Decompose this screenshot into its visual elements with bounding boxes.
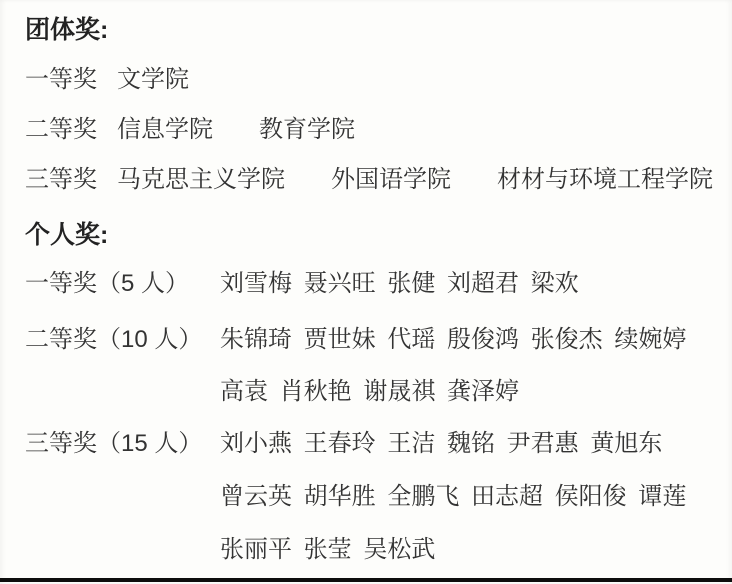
group-first-prize-row: 一等奖文学院 bbox=[25, 68, 732, 92]
individual-third-prize-row: 三等奖（15 人） 刘小燕 王春玲 王洁 魏铭 尹君惠 黄旭东 曾云英 胡华胜 … bbox=[25, 432, 732, 562]
winner-names-line: 曾云英 胡华胜 全鹏飞 田志超 侯阳俊 谭莲 bbox=[220, 485, 732, 509]
prize-tier-label: 二等奖 bbox=[25, 116, 97, 143]
prize-tier-label: 一等奖 bbox=[25, 66, 97, 93]
college-name: 文学院 bbox=[117, 66, 189, 93]
college-name: 信息学院 bbox=[117, 116, 213, 143]
individual-second-prize-row: 二等奖（10 人） 朱锦琦 贾世妹 代瑶 殷俊鸿 张俊杰 续婉婷 高袁 肖秋艳 … bbox=[25, 328, 732, 404]
winner-names-line: 刘小燕 王春玲 王洁 魏铭 尹君惠 黄旭东 bbox=[220, 432, 732, 456]
individual-awards-heading: 个人奖: bbox=[25, 223, 732, 247]
winner-names: 刘雪梅 聂兴旺 张健 刘超君 梁欢 bbox=[220, 272, 732, 296]
winner-names-line: 朱锦琦 贾世妹 代瑶 殷俊鸿 张俊杰 续婉婷 bbox=[220, 328, 732, 352]
winner-names: 朱锦琦 贾世妹 代瑶 殷俊鸿 张俊杰 续婉婷 高袁 肖秋艳 谢晟祺 龚泽婷 bbox=[220, 328, 732, 404]
college-name: 马克思主义学院 bbox=[117, 166, 285, 193]
winner-names: 刘小燕 王春玲 王洁 魏铭 尹君惠 黄旭东 曾云英 胡华胜 全鹏飞 田志超 侯阳… bbox=[220, 432, 732, 562]
winner-names-line: 刘雪梅 聂兴旺 张健 刘超君 梁欢 bbox=[220, 272, 732, 296]
group-second-prize-row: 二等奖信息学院教育学院 bbox=[25, 118, 732, 142]
college-name: 外国语学院 bbox=[331, 166, 451, 193]
winner-names-line: 张丽平 张莹 吴松武 bbox=[220, 538, 732, 562]
awards-document: 团体奖: 一等奖文学院 二等奖信息学院教育学院 三等奖马克思主义学院外国语学院材… bbox=[0, 0, 732, 584]
prize-tier-label: 一等奖（5 人） bbox=[25, 272, 220, 296]
prize-tier-label: 三等奖 bbox=[25, 166, 97, 193]
group-awards-heading: 团体奖: bbox=[25, 18, 732, 42]
prize-tier-label: 二等奖（10 人） bbox=[25, 328, 220, 352]
group-third-prize-row: 三等奖马克思主义学院外国语学院材材与环境工程学院 bbox=[25, 168, 732, 192]
individual-first-prize-row: 一等奖（5 人） 刘雪梅 聂兴旺 张健 刘超君 梁欢 bbox=[25, 272, 732, 296]
bottom-divider-line bbox=[0, 578, 732, 582]
prize-tier-label: 三等奖（15 人） bbox=[25, 432, 220, 456]
winner-names-line: 高袁 肖秋艳 谢晟祺 龚泽婷 bbox=[220, 380, 732, 404]
college-name: 教育学院 bbox=[259, 116, 355, 143]
college-name: 材材与环境工程学院 bbox=[497, 166, 713, 193]
